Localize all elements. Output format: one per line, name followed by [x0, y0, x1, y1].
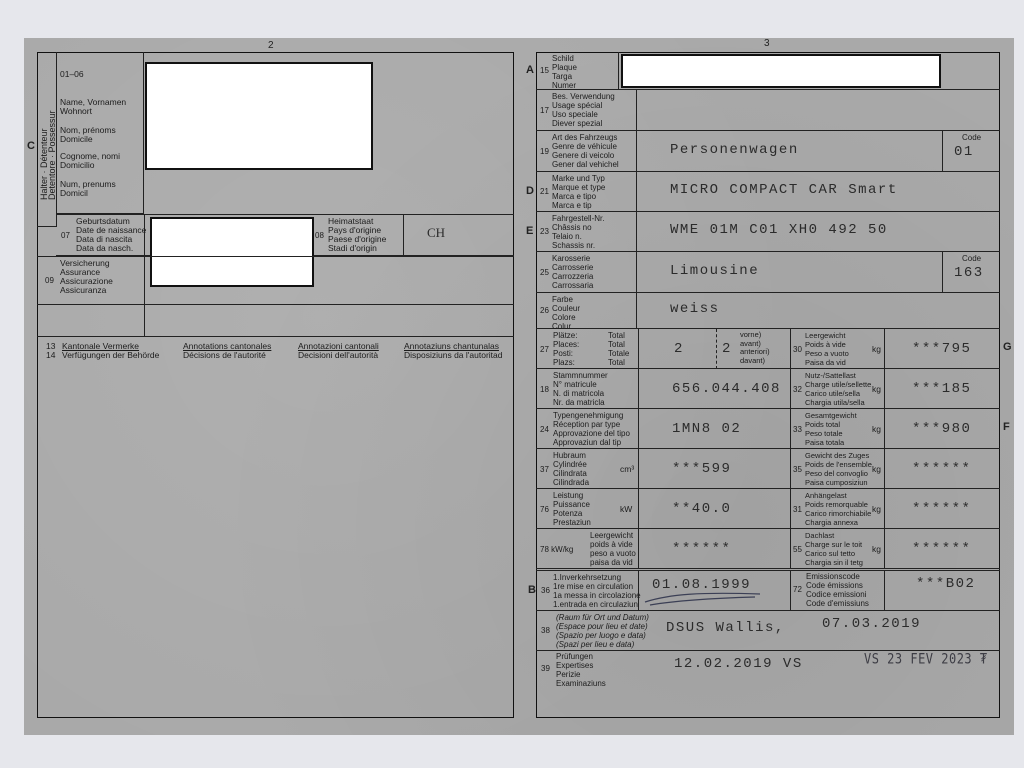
grid-label: Plätze: Places: Posti: Plazs: — [553, 331, 579, 367]
row-value: MICRO COMPACT CAR Smart — [670, 182, 898, 198]
inspection-stamp: VS 23 FEV 2023 ₮ — [864, 651, 988, 667]
signature-scribble — [640, 588, 770, 608]
code-divider — [942, 252, 943, 293]
emission-value-divider — [884, 570, 885, 610]
grid-label: Hubraum Cylindrée Cilindrata Cilindrada — [553, 451, 589, 487]
grid-right-divider — [790, 529, 791, 569]
grid-divider — [638, 369, 639, 409]
grid-code: 24 — [540, 425, 549, 434]
section-letter-b: B — [528, 584, 536, 596]
grid-value: 2 — [674, 341, 684, 357]
emission-code: 72 — [793, 585, 802, 594]
holder-field-code: 01–06 — [60, 70, 84, 79]
annotation-fr-2: Décisions de l'autorité — [183, 351, 266, 360]
inspections-value: 12.02.2019 VS — [674, 656, 803, 672]
insurance-label: Versicherung Assurance Assicurazione Ass… — [60, 259, 113, 295]
grid-right-unit: kg — [872, 545, 881, 554]
origin-code: 08 — [315, 231, 324, 240]
grid-right-unit: kg — [872, 345, 881, 354]
emission-value: ***B02 — [916, 576, 975, 592]
row-code: 23 — [540, 227, 549, 236]
grid-right-divider — [790, 449, 791, 489]
row-label: Marke und Typ Marque et type Marca e tip… — [552, 174, 605, 210]
first-registration-divider — [638, 570, 639, 610]
annotation-rm-2: Disposiziuns da l'autoritad — [404, 351, 502, 360]
row-value: weiss — [670, 301, 720, 317]
grid-right-code: 31 — [793, 505, 802, 514]
row-code: 25 — [540, 268, 549, 277]
grid-right-unit: kg — [872, 465, 881, 474]
row-code: 19 — [540, 147, 549, 156]
birthdate-label: Geburtsdatum Date de naissance Data di n… — [76, 217, 146, 253]
emission-left-divider — [790, 570, 791, 610]
row-divider — [636, 252, 637, 293]
grid-right-value-divider — [884, 369, 885, 409]
row-divider — [636, 172, 637, 212]
grid-right-value-divider — [884, 489, 885, 529]
row-divider — [636, 90, 637, 131]
row-label: Art des Fahrzeugs Genre de véhicule Gene… — [552, 133, 619, 169]
row-code: 15 — [540, 66, 549, 75]
holder-label-it: Cognome, nomi Domicilio — [60, 152, 120, 170]
grid-code: 76 — [540, 505, 549, 514]
grid-right-label: Nutz-/Sattellast Charge utile/sellette C… — [805, 371, 871, 407]
grid-label: Leistung Puissance Potenza Prestaziun — [553, 491, 591, 527]
grid-code: 37 — [540, 465, 549, 474]
origin-value: CH — [427, 225, 445, 241]
grid-divider — [638, 329, 639, 369]
grid-value: **40.0 — [672, 501, 731, 517]
code-value: 163 — [954, 265, 984, 281]
row-value: Personenwagen — [670, 142, 799, 158]
emission-label: Emissionscode Code émissions Codice emis… — [806, 572, 869, 608]
vehicle-row — [536, 293, 1000, 329]
row-divider — [618, 52, 619, 90]
front-seat-value: 2 — [722, 341, 732, 357]
place-date-code: 38 — [541, 626, 550, 635]
holder-label-de: Name, Vornamen Wohnort — [60, 98, 126, 116]
grid-right-unit: kg — [872, 385, 881, 394]
row-code: 17 — [540, 106, 549, 115]
birthdate-code: 07 — [61, 231, 70, 240]
row-code: 26 — [540, 306, 549, 315]
grid-right-code: 55 — [793, 545, 802, 554]
annotations-top-line — [37, 336, 514, 337]
place-date-label: (Raum für Ort und Datum) (Espace pour li… — [556, 613, 649, 649]
inspections-code: 39 — [541, 664, 550, 673]
grid-right-divider — [790, 489, 791, 529]
grid-label: Typengenehmigung Réception par type Appr… — [553, 411, 630, 447]
grid-label: Stammnummer N° matricule N. di matricola… — [553, 371, 608, 407]
front-seat-divider — [716, 329, 717, 369]
grid-value: 656.044.408 — [672, 381, 781, 397]
grid-right-label: Anhängelast Poids remorquable Carico rim… — [805, 491, 871, 527]
first-registration-label: 1.Inverkehrsetzung 1re mise en circulati… — [553, 573, 641, 609]
holder-name-redacted — [145, 62, 373, 170]
row-value: WME 01M C01 XH0 492 50 — [670, 222, 888, 238]
page-number-left: 2 — [268, 40, 274, 51]
grid-right-unit: kg — [872, 505, 881, 514]
insurance-code: 09 — [45, 276, 54, 285]
grid-totals: Total Total Totale Total — [608, 331, 629, 367]
grid-code: 18 — [540, 385, 549, 394]
row-divider — [636, 131, 637, 172]
annotation-it-2: Decisioni dell'autorità — [298, 351, 378, 360]
holder-label-fr: Nom, prénoms Domicile — [60, 126, 116, 144]
grid-right-value: ***185 — [912, 381, 971, 397]
row-letter: A — [526, 64, 534, 76]
date-value: 07.03.2019 — [822, 616, 921, 632]
grid-right-code: 33 — [793, 425, 802, 434]
annotation-de-2: Verfügungen der Behörde — [62, 351, 159, 360]
code-divider — [942, 131, 943, 172]
grid-right-label: Gewicht des Zuges Poids de l'ensemble Pe… — [805, 451, 872, 487]
row-divider — [636, 212, 637, 252]
row-letter: E — [526, 225, 533, 237]
code-label: Code — [962, 254, 981, 263]
grid-right-code: 35 — [793, 465, 802, 474]
vehicle-row — [536, 252, 1000, 293]
grid-right-label: Dachlast Charge sur le toit Carico sul t… — [805, 531, 863, 567]
row-label: Karosserie Carrosserie Carrozzeria Carro… — [552, 254, 593, 290]
row-code: 21 — [540, 187, 549, 196]
plate-redacted — [621, 54, 941, 88]
page-number-right: 3 — [764, 38, 770, 49]
first-registration-code: 36 — [541, 586, 550, 595]
grid-right-value: ***795 — [912, 341, 971, 357]
holder-label-rm: Num, prenums Domicil — [60, 180, 116, 198]
origin-label: Heimatstaat Pays d'origine Paese d'origi… — [328, 217, 386, 253]
grid-value: 1MN8 02 — [672, 421, 741, 437]
row-label: Bes. Verwendung Usage spécial Uso specia… — [552, 92, 615, 128]
origin-divider — [403, 214, 404, 256]
annotation-code-14: 14 — [46, 351, 55, 360]
grid-unit: cm³ — [620, 465, 634, 474]
insurance-divider — [144, 256, 145, 336]
grid-right-letter: G — [1003, 341, 1012, 353]
inspections-label: Prüfungen Expertises Perizie Examinaziun… — [556, 652, 606, 688]
birthdate-divider — [144, 214, 145, 256]
grid-code: 27 — [540, 345, 549, 354]
grid-right-value: ****** — [912, 461, 971, 477]
grid-right-value: ****** — [912, 541, 971, 557]
grid-right-value-divider — [884, 529, 885, 569]
grid-right-value: ****** — [912, 501, 971, 517]
grid-right-value-divider — [884, 409, 885, 449]
row-letter: D — [526, 185, 534, 197]
row-label: Schild Plaque Targa Numer — [552, 54, 577, 90]
grid-divider — [638, 529, 639, 569]
grid-right-code: 32 — [793, 385, 802, 394]
grid-right-label: Leergewicht Poids à vide Peso a vuoto Pa… — [805, 331, 849, 367]
grid-right-letter: F — [1003, 421, 1010, 433]
row-value: Limousine — [670, 263, 759, 279]
grid-right-value-divider — [884, 329, 885, 369]
code-value: 01 — [954, 144, 974, 160]
code-label: Code — [962, 133, 981, 142]
grid-label: Leergewicht poids à vide peso a vuoto pa… — [590, 531, 636, 567]
row-label: Farbe Couleur Colore Colur — [552, 295, 580, 331]
row-label: Fahrgestell-Nr. Châssis no Telaio n. Sch… — [552, 214, 604, 250]
grid-right-value-divider — [884, 449, 885, 489]
row-divider — [636, 293, 637, 329]
grid-divider — [638, 409, 639, 449]
grid-value: ***599 — [672, 461, 731, 477]
place-value: DSUS Wallis, — [666, 620, 785, 636]
front-seat-label: vorne) avant) anteriori) davant) — [740, 331, 770, 365]
grid-right-unit: kg — [872, 425, 881, 434]
grid-divider — [638, 449, 639, 489]
grid-code: 78 kW/kg — [540, 545, 573, 554]
grid-value: ****** — [672, 541, 731, 557]
grid-unit: kW — [620, 505, 632, 514]
grid-right-divider — [790, 369, 791, 409]
grid-right-label: Gesamtgewicht Poids total Peso totale Pa… — [805, 411, 857, 447]
section-letter-c: C — [27, 140, 35, 152]
grid-right-code: 30 — [793, 345, 802, 354]
grid-right-divider — [790, 409, 791, 449]
grid-divider — [638, 489, 639, 529]
grid-right-value: ***980 — [912, 421, 971, 437]
grid-right-divider — [790, 329, 791, 369]
